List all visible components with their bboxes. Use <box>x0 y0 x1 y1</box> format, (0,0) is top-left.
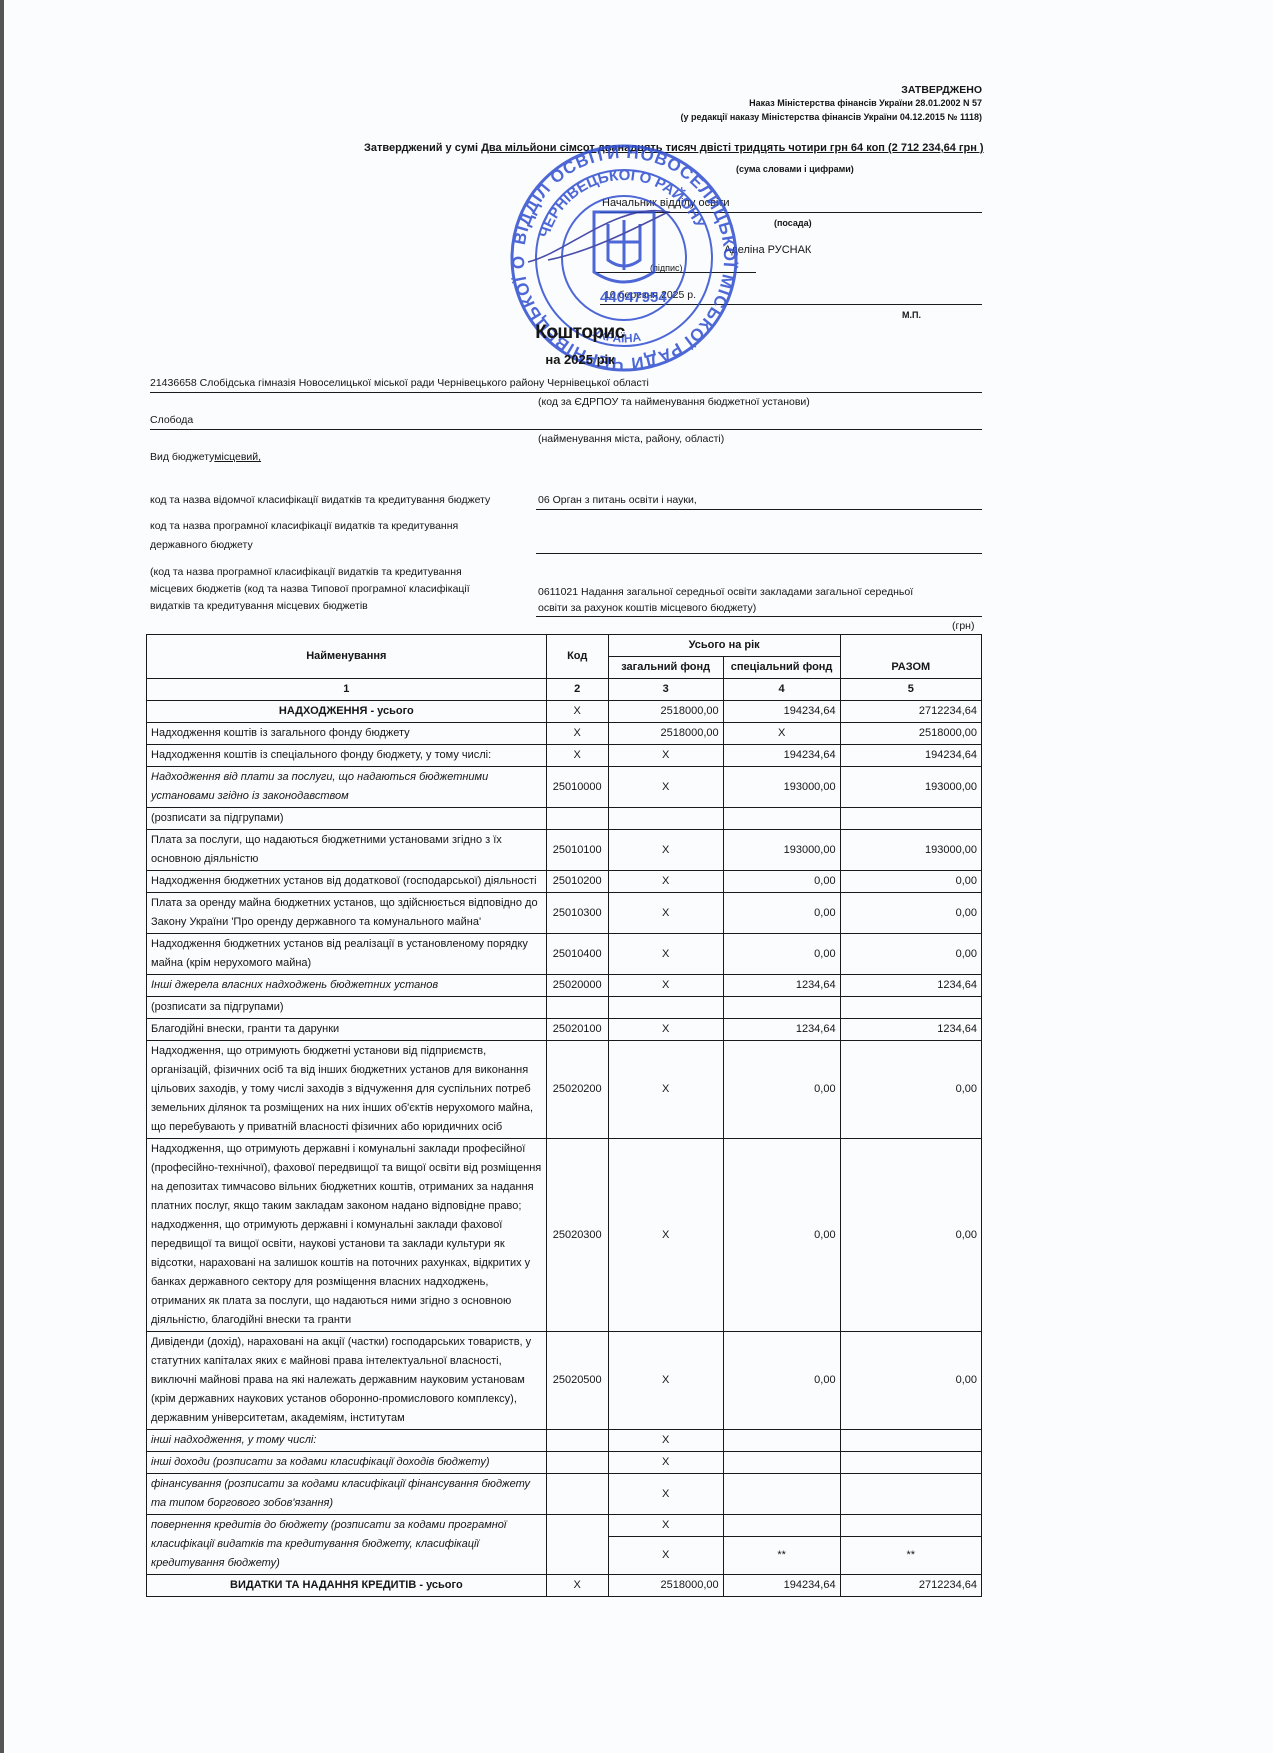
table-row: (розписати за підгрупами) <box>147 808 982 830</box>
row-special-fund: 194234,64 <box>723 745 840 767</box>
header-special-fund: спеціальний фонд <box>723 657 840 679</box>
table-body: НАДХОДЖЕННЯ - усьогоX2518000,00194234,64… <box>147 701 982 1597</box>
table-row: Надходження, що отримують державні і ком… <box>147 1139 982 1332</box>
row-name: ВИДАТКИ ТА НАДАННЯ КРЕДИТІВ - усього <box>147 1575 547 1597</box>
dept-class-value: 06 Орган з питань освіти і науки, <box>538 494 697 506</box>
local-prog-underline <box>536 616 982 617</box>
position-caption: (посада) <box>774 218 812 228</box>
approved-sum-line: Затверджений у сумі Два мільйони сімсот … <box>364 142 984 154</box>
row-code: X <box>546 1575 608 1597</box>
local-prog-label-2: місцевих бюджетів (код та назва Типової … <box>150 583 470 595</box>
row-special-fund: 0,00 <box>723 1041 840 1139</box>
row-code: 25010400 <box>546 934 608 975</box>
state-prog-underline <box>536 553 982 554</box>
row-special-fund <box>723 1430 840 1452</box>
row-code <box>546 997 608 1019</box>
header-code: Код <box>546 635 608 679</box>
row-code: 25020500 <box>546 1332 608 1430</box>
row-code: 25020300 <box>546 1139 608 1332</box>
row-name: Надходження коштів із спеціального фонду… <box>147 745 547 767</box>
row-total: 0,00 <box>840 1332 981 1430</box>
row-general-fund: X <box>608 893 723 934</box>
row-code <box>546 1474 608 1515</box>
signer-name: Аделіна РУСНАК <box>724 244 811 256</box>
city-underline <box>150 429 982 430</box>
dept-class-underline <box>536 509 982 510</box>
row-total: 193000,00 <box>840 830 981 871</box>
row-code <box>546 1515 608 1575</box>
table-row: Благодійні внески, гранти та дарунки2502… <box>147 1019 982 1041</box>
row-special-fund: 0,00 <box>723 1332 840 1430</box>
currency-label: (грн) <box>952 620 974 632</box>
row-name: інші доходи (розписати за кодами класифі… <box>147 1452 547 1474</box>
row-general-fund: X <box>608 1430 723 1452</box>
budget-type-label: Вид бюджету <box>150 451 214 463</box>
scan-edge <box>0 0 4 1753</box>
row-special-fund: 193000,00 <box>723 830 840 871</box>
column-number: 5 <box>840 679 981 701</box>
row-code: 25010200 <box>546 871 608 893</box>
approval-date: 10 березня 2025 р. <box>604 289 696 301</box>
row-code: 25020100 <box>546 1019 608 1041</box>
row-name: (розписати за підгрупами) <box>147 808 547 830</box>
row-name: Надходження бюджетних установ від реаліз… <box>147 934 547 975</box>
table-row: (розписати за підгрупами) <box>147 997 982 1019</box>
row-general-fund: 2518000,00 <box>608 723 723 745</box>
header-name: Найменування <box>147 635 547 679</box>
budget-type: Вид бюджетумісцевий, <box>150 451 261 463</box>
row-total: 0,00 <box>840 934 981 975</box>
date-underline <box>600 304 982 305</box>
local-prog-label-3: видатків та кредитування місцевих бюджет… <box>150 600 368 612</box>
row-special-fund: 1234,64 <box>723 1019 840 1041</box>
table-row: НАДХОДЖЕННЯ - усьогоX2518000,00194234,64… <box>147 701 982 723</box>
table-row: Інші джерела власних надходжень бюджетни… <box>147 975 982 997</box>
row-total: 0,00 <box>840 1139 981 1332</box>
table-row: Дивіденди (дохід), нараховані на акції (… <box>147 1332 982 1430</box>
column-number: 3 <box>608 679 723 701</box>
row-general-fund: X <box>608 871 723 893</box>
row-special-fund: 0,00 <box>723 893 840 934</box>
row-code: 25010300 <box>546 893 608 934</box>
column-number: 4 <box>723 679 840 701</box>
row-general-fund: X <box>608 767 723 808</box>
institution-value: 21436658 Слобідська гімназія Новоселицьк… <box>150 377 649 389</box>
row-code: 25020200 <box>546 1041 608 1139</box>
table-row: Надходження бюджетних установ від додатк… <box>147 871 982 893</box>
position-value: Начальник відділу освіти <box>602 197 730 209</box>
local-prog-value-1: 0611021 Надання загальної середньої осві… <box>538 586 913 598</box>
row-total <box>840 1515 981 1537</box>
row-general-fund: X <box>608 1537 723 1575</box>
row-special-fund <box>723 997 840 1019</box>
table-row: Надходження коштів із спеціального фонду… <box>147 745 982 767</box>
row-general-fund: X <box>608 934 723 975</box>
row-total: 1234,64 <box>840 975 981 997</box>
row-general-fund: X <box>608 830 723 871</box>
table-row: Надходження від плати за послуги, що над… <box>147 767 982 808</box>
row-name: (розписати за підгрупами) <box>147 997 547 1019</box>
row-special-fund: ** <box>723 1537 840 1575</box>
row-total <box>840 997 981 1019</box>
position-underline <box>600 212 982 213</box>
institution-caption: (код за ЄДРПОУ та найменування бюджетної… <box>538 396 810 408</box>
row-name: Інші джерела власних надходжень бюджетни… <box>147 975 547 997</box>
row-name: НАДХОДЖЕННЯ - усього <box>147 701 547 723</box>
budget-type-value: місцевий, <box>214 451 261 463</box>
row-special-fund <box>723 1515 840 1537</box>
row-total: 2518000,00 <box>840 723 981 745</box>
state-prog-label-2: державного бюджету <box>150 539 253 551</box>
row-special-fund: 0,00 <box>723 1139 840 1332</box>
column-number: 1 <box>147 679 547 701</box>
row-name: повернення кредитів до бюджету (розписат… <box>147 1515 547 1575</box>
row-name: інші надходження, у тому числі: <box>147 1430 547 1452</box>
institution-underline <box>150 392 982 393</box>
city-value: Слобода <box>150 414 193 426</box>
row-total: 2712234,64 <box>840 1575 981 1597</box>
local-prog-label-1: (код та назва програмної класифікації ви… <box>150 566 462 578</box>
header-total: РАЗОМ <box>840 635 981 679</box>
row-general-fund: 2518000,00 <box>608 701 723 723</box>
row-code: 25010100 <box>546 830 608 871</box>
table-row: фінансування (розписати за кодами класиф… <box>147 1474 982 1515</box>
order-line-2: (у редакції наказу Міністерства фінансів… <box>560 112 982 122</box>
city-caption: (найменування міста, району, області) <box>538 433 724 445</box>
row-special-fund: 1234,64 <box>723 975 840 997</box>
row-name: Надходження коштів із загального фонду б… <box>147 723 547 745</box>
row-name: Надходження бюджетних установ від додатк… <box>147 871 547 893</box>
row-total <box>840 808 981 830</box>
table-row: Надходження коштів із загального фонду б… <box>147 723 982 745</box>
row-total: 194234,64 <box>840 745 981 767</box>
table-row: повернення кредитів до бюджету (розписат… <box>147 1515 982 1537</box>
row-total: 2712234,64 <box>840 701 981 723</box>
row-total: 193000,00 <box>840 767 981 808</box>
row-general-fund: X <box>608 1019 723 1041</box>
row-total: 0,00 <box>840 893 981 934</box>
row-name: Надходження, що отримують бюджетні устан… <box>147 1041 547 1139</box>
row-total: 0,00 <box>840 1041 981 1139</box>
row-general-fund: X <box>608 1474 723 1515</box>
row-name: Благодійні внески, гранти та дарунки <box>147 1019 547 1041</box>
row-general-fund: X <box>608 1452 723 1474</box>
row-code: X <box>546 723 608 745</box>
row-name: Дивіденди (дохід), нараховані на акції (… <box>147 1332 547 1430</box>
row-special-fund: 193000,00 <box>723 767 840 808</box>
row-general-fund: X <box>608 1139 723 1332</box>
row-code <box>546 808 608 830</box>
row-general-fund <box>608 997 723 1019</box>
state-prog-label-1: код та назва програмної класифікації вид… <box>150 520 458 532</box>
local-prog-value-2: освіти за рахунок коштів місцевого бюдже… <box>538 602 756 614</box>
table-row: Плата за послуги, що надаються бюджетним… <box>147 830 982 871</box>
row-general-fund: X <box>608 975 723 997</box>
sum-words: Два мільйони сімсот дванадцять тисяч дві… <box>481 142 984 154</box>
column-numbers-row: 12345 <box>147 679 982 701</box>
row-code: 25010000 <box>546 767 608 808</box>
row-name: Надходження від плати за послуги, що над… <box>147 767 547 808</box>
table-row-expenses-total: ВИДАТКИ ТА НАДАННЯ КРЕДИТІВ - усьогоX251… <box>147 1575 982 1597</box>
row-special-fund: 0,00 <box>723 934 840 975</box>
table-row: Надходження бюджетних установ від реаліз… <box>147 934 982 975</box>
table-row: Надходження, що отримують бюджетні устан… <box>147 1041 982 1139</box>
row-general-fund: 2518000,00 <box>608 1575 723 1597</box>
budget-table: Найменування Код Усього на рік РАЗОМ заг… <box>146 634 982 1597</box>
row-general-fund: X <box>608 1515 723 1537</box>
row-name: Плата за оренду майна бюджетних установ,… <box>147 893 547 934</box>
row-special-fund: 194234,64 <box>723 701 840 723</box>
row-total: 1234,64 <box>840 1019 981 1041</box>
column-number: 2 <box>546 679 608 701</box>
document-subtitle: на 2025 рік <box>480 352 680 367</box>
table-row: інші доходи (розписати за кодами класифі… <box>147 1452 982 1474</box>
row-general-fund: X <box>608 745 723 767</box>
row-code: X <box>546 745 608 767</box>
row-name: фінансування (розписати за кодами класиф… <box>147 1474 547 1515</box>
sum-prefix: Затверджений у сумі <box>364 142 478 154</box>
signature-caption: (підпис) <box>650 263 683 273</box>
row-special-fund <box>723 1474 840 1515</box>
approved-label: ЗАТВЕРДЖЕНО <box>700 84 982 96</box>
dept-class-label: код та назва відомчої класифікації видат… <box>150 494 490 506</box>
row-code: X <box>546 701 608 723</box>
sum-caption: (сума словами і цифрами) <box>736 164 854 174</box>
row-general-fund <box>608 808 723 830</box>
row-code <box>546 1452 608 1474</box>
row-special-fund <box>723 808 840 830</box>
row-special-fund: X <box>723 723 840 745</box>
row-name: Плата за послуги, що надаються бюджетним… <box>147 830 547 871</box>
header-general-fund: загальний фонд <box>608 657 723 679</box>
row-special-fund <box>723 1452 840 1474</box>
row-code: 25020000 <box>546 975 608 997</box>
row-special-fund: 194234,64 <box>723 1575 840 1597</box>
row-code <box>546 1430 608 1452</box>
row-total: ** <box>840 1537 981 1575</box>
row-total: 0,00 <box>840 871 981 893</box>
row-general-fund: X <box>608 1332 723 1430</box>
table-row: інші надходження, у тому числі:X <box>147 1430 982 1452</box>
row-total <box>840 1474 981 1515</box>
row-general-fund: X <box>608 1041 723 1139</box>
document-title: Кошторис <box>480 322 680 344</box>
seal-label: М.П. <box>902 310 921 320</box>
order-line-1: Наказ Міністерства фінансів України 28.0… <box>600 98 982 108</box>
header-year-total: Усього на рік <box>608 635 840 657</box>
row-total <box>840 1452 981 1474</box>
row-special-fund: 0,00 <box>723 871 840 893</box>
row-total <box>840 1430 981 1452</box>
row-name: Надходження, що отримують державні і ком… <box>147 1139 547 1332</box>
table-row: Плата за оренду майна бюджетних установ,… <box>147 893 982 934</box>
